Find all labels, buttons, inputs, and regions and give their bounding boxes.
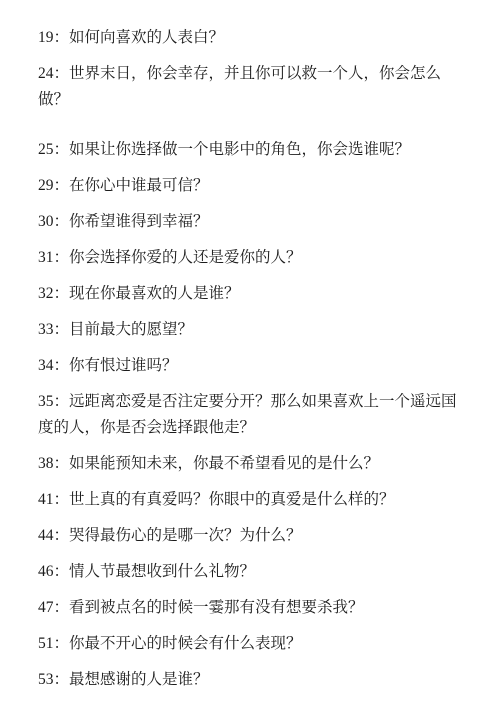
question-separator: ： [54,393,70,410]
question-number: 38 [38,455,54,472]
question-text: 哭得最伤心的是哪一次？为什么？ [69,527,302,544]
question-text: 目前最大的愿望？ [69,321,193,338]
question-number: 44 [38,527,54,544]
question-line: 47：看到被点名的时候一霎那有没有想要杀我？ [38,595,464,621]
question-number: 33 [38,321,54,338]
question-separator: ： [54,285,70,302]
question-text: 你有恨过谁吗？ [69,357,178,374]
question-separator: ： [54,29,70,46]
question-number: 53 [38,671,54,688]
question-separator: ： [54,213,70,230]
question-number: 47 [38,599,54,616]
question-text: 如果能预知未来，你最不希望看见的是什么？ [69,455,379,472]
question-text: 世上真的有真爱吗？你眼中的真爱是什么样的？ [69,491,395,508]
question-number: 51 [38,635,54,652]
question-line: 41：世上真的有真爱吗？你眼中的真爱是什么样的？ [38,487,464,513]
question-line: 19：如何向喜欢的人表白？ [38,25,464,51]
question-text: 你最不开心的时候会有什么表现？ [69,635,302,652]
question-number: 24 [38,65,54,82]
question-text: 如何向喜欢的人表白？ [69,29,224,46]
question-text: 如果让你选择做一个电影中的角色，你会选谁呢？ [69,141,410,158]
question-number: 31 [38,249,54,266]
question-separator: ： [54,455,70,472]
question-line: 24：世界末日，你会幸存，并且你可以救一个人，你会怎么做？ [38,61,464,113]
question-line: 33：目前最大的愿望？ [38,317,464,343]
question-separator: ： [54,563,70,580]
question-line: 44：哭得最伤心的是哪一次？为什么？ [38,523,464,549]
question-line: 32：现在你最喜欢的人是谁？ [38,281,464,307]
question-number: 19 [38,29,54,46]
question-separator: ： [54,321,70,338]
question-text: 看到被点名的时候一霎那有没有想要杀我？ [69,599,364,616]
question-text: 世界末日，你会幸存，并且你可以救一个人，你会怎么做？ [38,65,441,108]
question-line: 31：你会选择你爱的人还是爱你的人？ [38,245,464,271]
question-separator: ： [54,671,70,688]
question-line: 34：你有恨过谁吗？ [38,353,464,379]
question-line: 29：在你心中谁最可信？ [38,173,464,199]
question-separator: ： [54,177,70,194]
question-separator: ： [54,491,70,508]
question-number: 29 [38,177,54,194]
question-line: 30：你希望谁得到幸福？ [38,209,464,235]
question-line: 35：远距离恋爱是否注定要分开？那么如果喜欢上一个遥远国度的人，你是否会选择跟他… [38,389,464,441]
question-number: 41 [38,491,54,508]
question-separator: ： [54,65,70,82]
document-page: 19：如何向喜欢的人表白？ 24：世界末日，你会幸存，并且你可以救一个人，你会怎… [0,0,500,707]
question-number: 46 [38,563,54,580]
question-text: 最想感谢的人是谁？ [69,671,209,688]
question-number: 32 [38,285,54,302]
question-number: 25 [38,141,54,158]
question-separator: ： [54,599,70,616]
question-line: 25：如果让你选择做一个电影中的角色，你会选谁呢？ [38,137,464,163]
question-number: 34 [38,357,54,374]
question-text: 你会选择你爱的人还是爱你的人？ [69,249,302,266]
question-separator: ： [54,357,70,374]
question-text: 情人节最想收到什么礼物？ [69,563,255,580]
question-text: 远距离恋爱是否注定要分开？那么如果喜欢上一个遥远国度的人，你是否会选择跟他走？ [38,393,457,436]
question-line: 51：你最不开心的时候会有什么表现？ [38,631,464,657]
question-separator: ： [54,141,70,158]
question-line: 53：最想感谢的人是谁？ [38,667,464,693]
question-separator: ： [54,527,70,544]
question-text: 在你心中谁最可信？ [69,177,209,194]
question-line: 38：如果能预知未来，你最不希望看见的是什么？ [38,451,464,477]
question-separator: ： [54,249,70,266]
question-number: 30 [38,213,54,230]
question-text: 现在你最喜欢的人是谁？ [69,285,240,302]
question-text: 你希望谁得到幸福？ [69,213,209,230]
question-line: 46：情人节最想收到什么礼物？ [38,559,464,585]
question-separator: ： [54,635,70,652]
question-number: 35 [38,393,54,410]
